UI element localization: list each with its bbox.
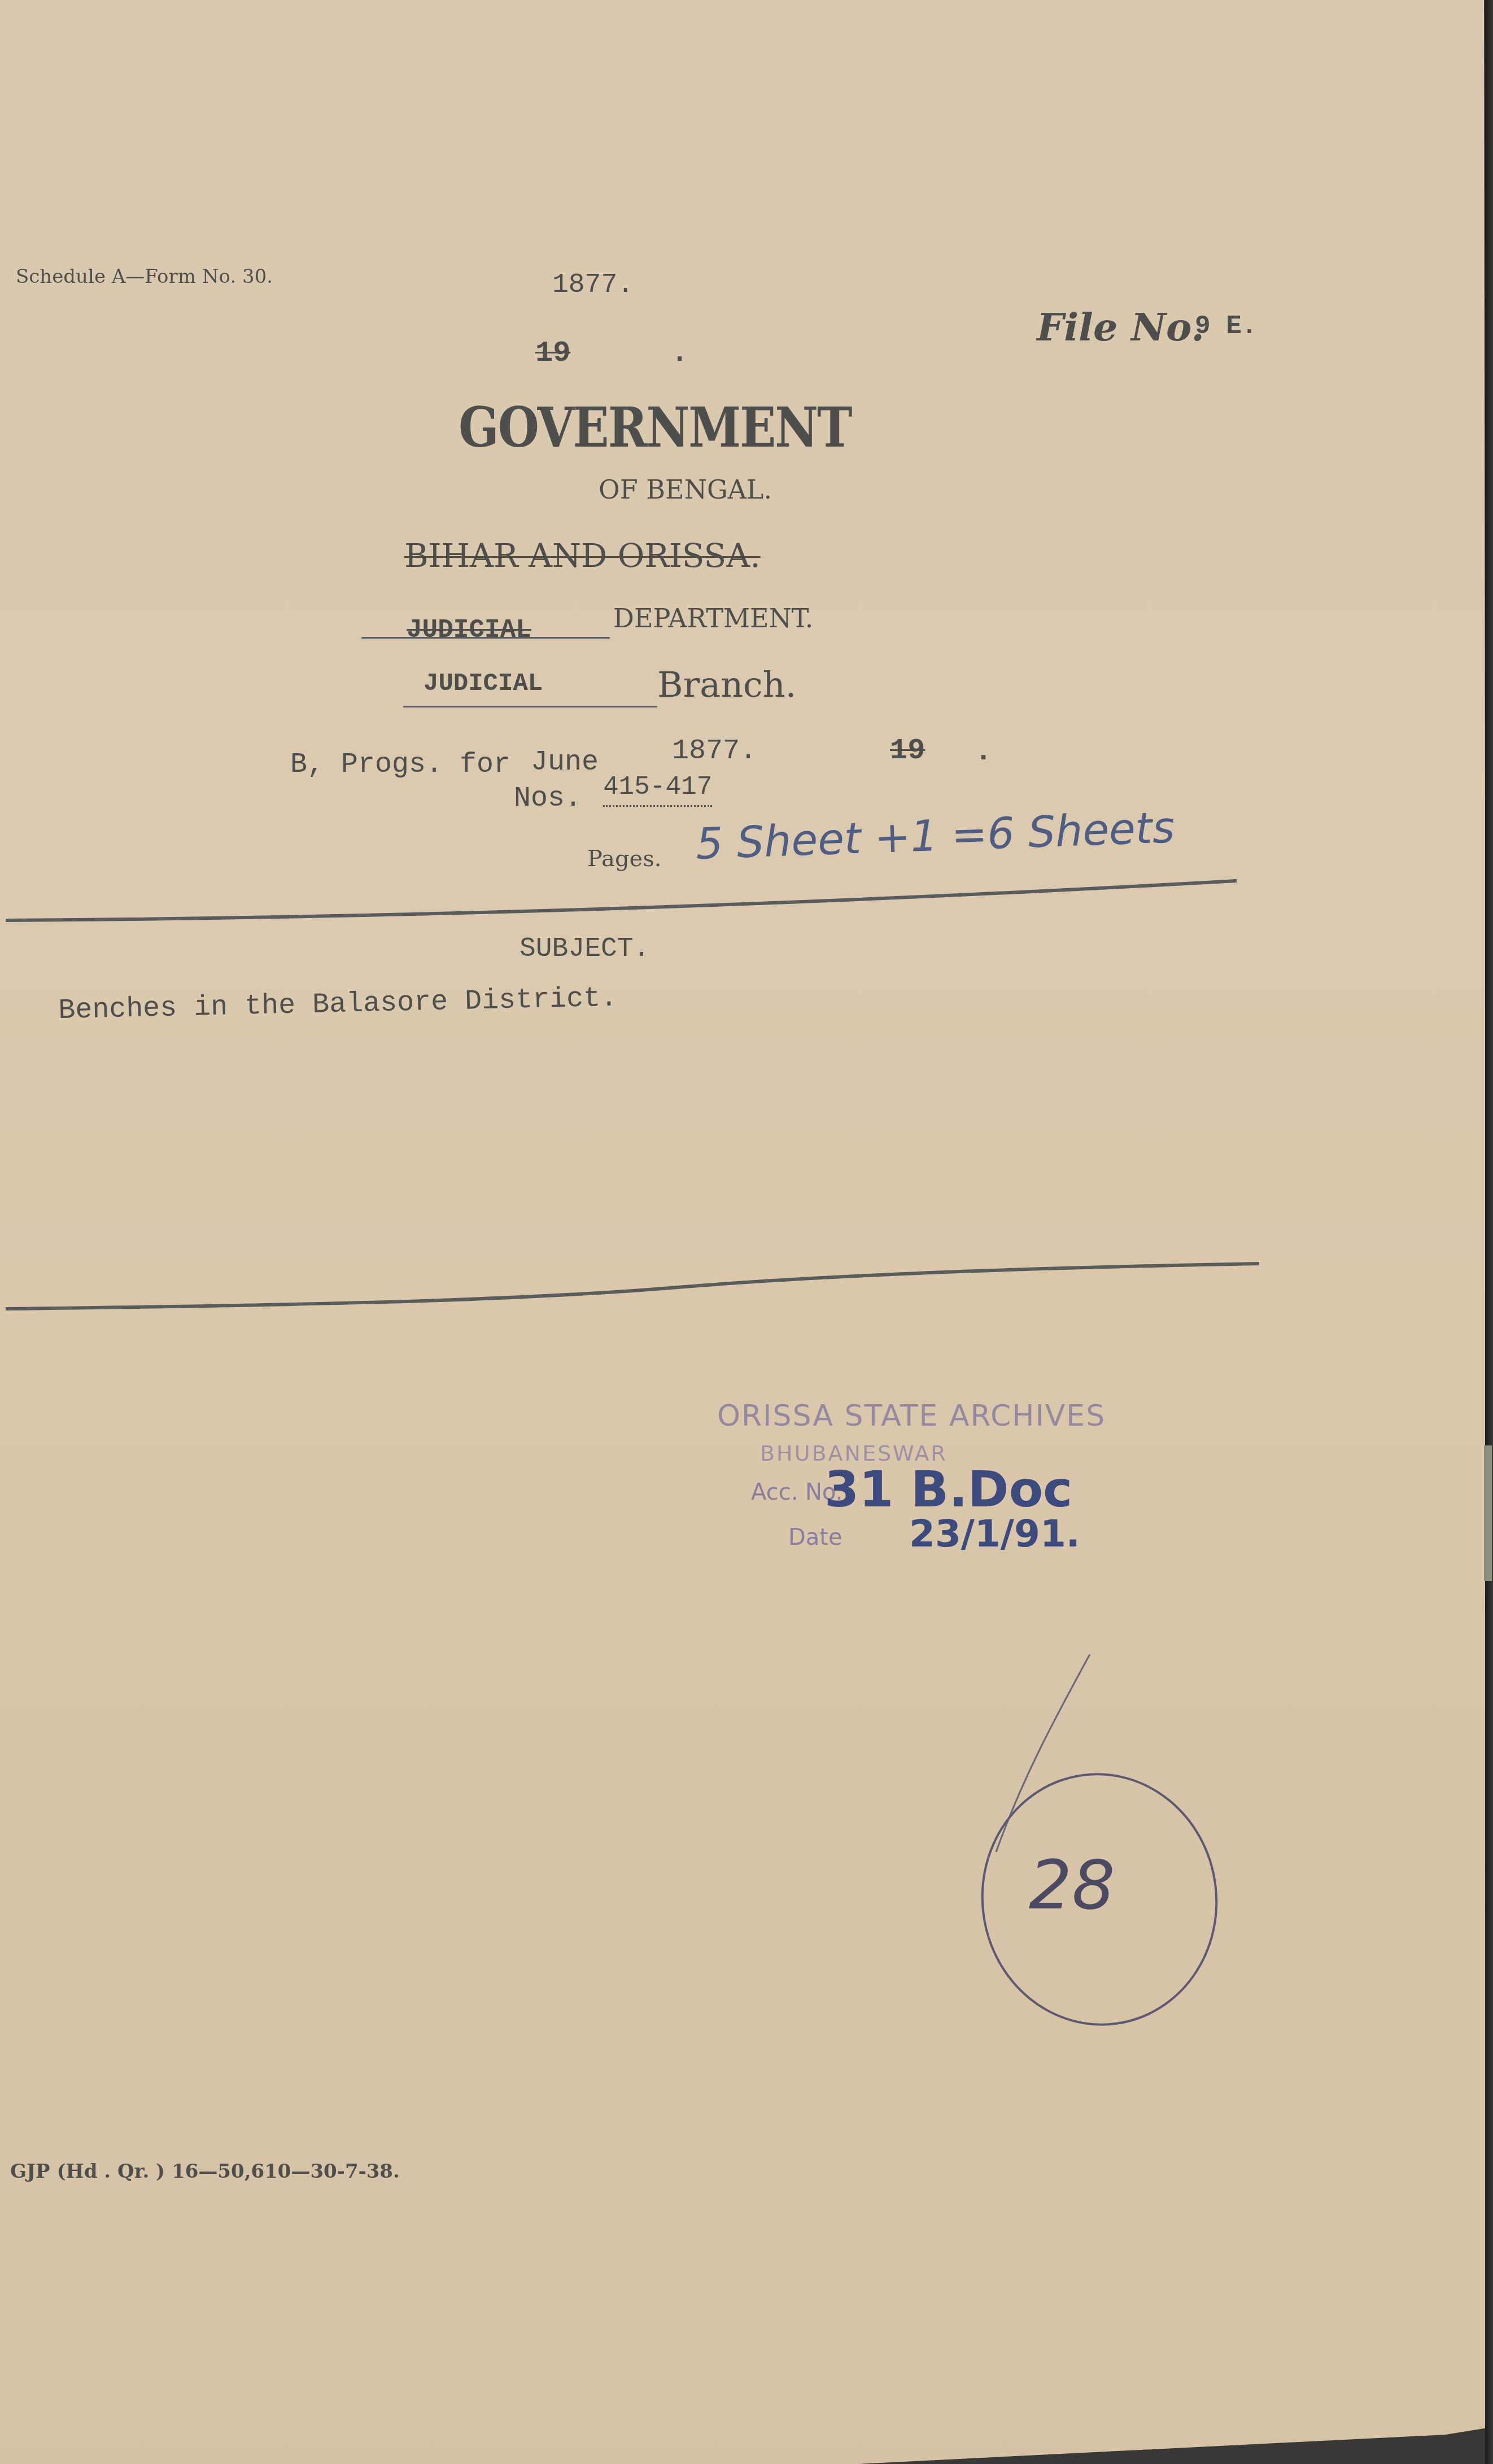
printed-year: 1877. bbox=[552, 270, 634, 300]
nos-value: 415-417 bbox=[603, 772, 712, 807]
department-underline bbox=[361, 637, 610, 639]
progs-century-struck: 19 bbox=[890, 734, 925, 767]
government-heading: GOVERNMENT bbox=[459, 395, 852, 460]
file-number: 9 E. bbox=[1195, 312, 1257, 341]
progs-month: June bbox=[531, 746, 599, 779]
progs-year: 1877. bbox=[672, 735, 757, 767]
department-label: DEPARTMENT. bbox=[613, 603, 813, 634]
department-struck: JUDICIAL bbox=[407, 615, 531, 645]
folio-number: 28 bbox=[1029, 1846, 1115, 1925]
progs-label: B, Progs. for bbox=[290, 749, 510, 781]
century-dot: . bbox=[671, 337, 688, 370]
upper-rule-line bbox=[0, 870, 1254, 932]
archive-stamp-title: ORISSA STATE ARCHIVES bbox=[717, 1399, 1106, 1433]
form-label: Schedule A—Form No. 30. bbox=[16, 265, 273, 288]
of-bengal: OF BENGAL. bbox=[599, 474, 772, 505]
pages-value-handwritten: 5 Sheet +1 =6 Sheets bbox=[695, 802, 1176, 869]
branch-underline bbox=[403, 706, 657, 707]
document-page: Schedule A—Form No. 30. 1877. 19 . File … bbox=[0, 0, 1485, 2464]
bihar-orissa-struck: BIHAR AND ORISSA. bbox=[404, 536, 761, 575]
edge-stain bbox=[1484, 1445, 1492, 1581]
subject-text: Benches in the Balasore District. bbox=[58, 982, 618, 1027]
subject-label: SUBJECT. bbox=[520, 934, 649, 964]
date-label: Date bbox=[788, 1524, 842, 1550]
lower-rule-line bbox=[0, 1253, 1265, 1321]
file-label: File No. bbox=[1037, 305, 1204, 350]
date-value: 23/1/91. bbox=[909, 1512, 1080, 1556]
nos-label: Nos. bbox=[514, 783, 582, 815]
branch-label: Branch. bbox=[657, 664, 796, 705]
century-prefix-struck: 19 bbox=[535, 337, 570, 370]
folder-spine bbox=[1485, 0, 1493, 2464]
progs-century-dot: . bbox=[975, 735, 992, 768]
printer-line: GJP (Hd . Qr. ) 16—50,610—30-7-38. bbox=[10, 2160, 400, 2183]
acc-no-value: 31 B.Doc bbox=[824, 1460, 1072, 1518]
pages-label: Pages. bbox=[587, 846, 661, 872]
branch-value: JUDICIAL bbox=[424, 670, 543, 698]
